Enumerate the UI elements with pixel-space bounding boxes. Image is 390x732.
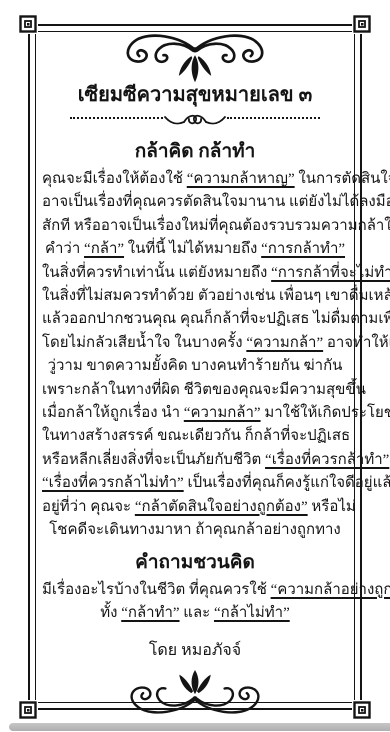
text-line: หรือหลีกเลี่ยงสิ่งที่จะเป็นภัยกับชีวิต “… — [42, 449, 348, 472]
byline: โดย หมอภัจจ์ — [149, 639, 241, 663]
text-line: ในสิ่งที่ควรทำเท่านั้น แต่ยังหมายถึง “กา… — [42, 262, 348, 285]
text-line: สักที หรืออาจเป็นเรื่องใหม่ที่คุณต้องรวบ… — [42, 215, 348, 238]
text-line: วู่วาม ขาดความยั้งคิด บางคนทำร้ายกัน ฆ่า… — [42, 355, 348, 378]
section-heading: กล้าคิด กล้าทำ — [135, 138, 256, 166]
text-line: “เรื่องที่ควรกล้าไม่ทำ” เป็นเรื่องที่คุณ… — [42, 472, 348, 495]
corner-ornament-icon — [17, 699, 39, 721]
text-line: มีเรื่องอะไรบ้างในชีวิต ที่คุณควรใช้ “คว… — [42, 579, 348, 602]
question-text: มีเรื่องอะไรบ้างในชีวิต ที่คุณควรใช้ “คว… — [42, 579, 348, 626]
text-line: ในทางสร้างสรรค์ ขณะเดียวกัน ก็กล้าที่จะป… — [42, 425, 348, 448]
text-line: โดยไม่กลัวเสียน้ำใจ ในบางครั้ง “ความกล้า… — [42, 332, 348, 355]
corner-ornament-icon — [17, 13, 39, 35]
text-line: เพราะกล้าในทางที่ผิด ชีวิตของคุณจะมีความ… — [42, 379, 348, 402]
bottom-flourish-icon — [102, 670, 288, 720]
text-line: อยู่ที่ว่า คุณจะ “กล้าตัดสินใจอย่างถูกต้… — [42, 496, 348, 519]
text-line: ทั้ง “กล้าทำ” และ “กล้าไม่ทำ” — [42, 602, 348, 625]
corner-ornament-icon — [351, 13, 373, 35]
title-divider — [70, 110, 320, 130]
page-title: เซียมซีความสุขหมายเลข ๓ — [78, 80, 313, 110]
text-line: คำว่า “กล้า” ในที่นี้ ไม่ได้หมายถึง “การ… — [42, 238, 348, 261]
fortune-card: เซียมซีความสุขหมายเลข ๓ กล้าคิด กล้าทำ ค… — [0, 0, 390, 732]
card-content: เซียมซีความสุขหมายเลข ๓ กล้าคิด กล้าทำ ค… — [42, 34, 348, 698]
text-line: คุณจะมีเรื่องให้ต้องใช้ “ความกล้าหาญ” ใน… — [42, 168, 348, 191]
horizontal-scrollbar[interactable] — [9, 723, 390, 731]
dotted-rule — [70, 117, 163, 119]
top-flourish-icon — [95, 30, 295, 84]
question-heading: คำถามชวนคิด — [135, 549, 255, 577]
text-line: โชคดีจะเดินทางมาหา ถ้าคุณกล้าอย่างถูกทาง — [42, 519, 348, 542]
text-line: เมื่อกล้าให้ถูกเรื่อง นำ “ความกล้า” มาใช… — [42, 402, 348, 425]
body-text: คุณจะมีเรื่องให้ต้องใช้ “ความกล้าหาญ” ใน… — [42, 168, 348, 543]
text-line: อาจเป็นเรื่องที่คุณควรตัดสินใจมานาน แต่ย… — [42, 191, 348, 214]
text-line: ในสิ่งที่ไม่สมควรทำด้วย ตัวอย่างเช่น เพื… — [42, 285, 348, 308]
corner-ornament-icon — [351, 699, 373, 721]
text-line: แล้วออกปากชวนคุณ คุณก็กล้าที่จะปฏิเสธ ไม… — [42, 308, 348, 331]
dotted-rule — [227, 117, 320, 119]
divider-scroll-icon — [163, 110, 227, 130]
